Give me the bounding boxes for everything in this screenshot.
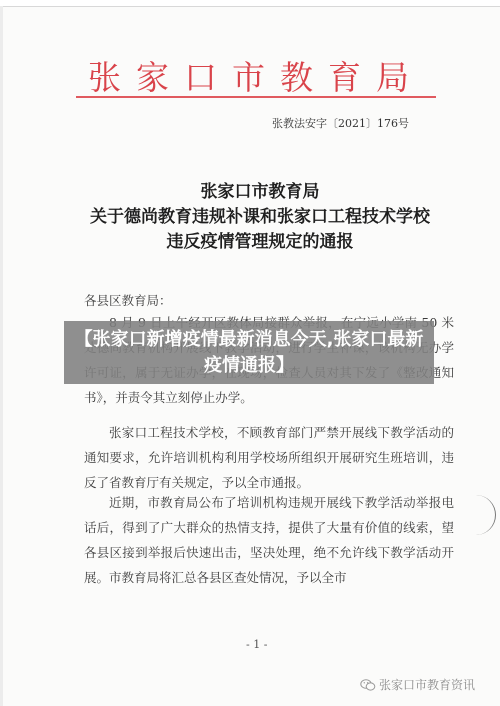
title-line: 张家口市教育局	[60, 180, 460, 205]
headline-text: 【张家口新增疫情最新消息今天,张家口最新疫情通报】	[64, 327, 434, 379]
letterhead-rule	[76, 96, 436, 98]
headline-overlay: 【张家口新增疫情最新消息今天,张家口最新疫情通报】	[64, 321, 434, 384]
paragraph: 张家口工程技术学校，不顾教育部门严禁开展线下教学活动的通知要求，允许培训机构利用…	[84, 420, 454, 495]
pen-mark	[475, 495, 496, 535]
title-line: 关于德尚教育违规补课和张家口工程技术学校	[60, 205, 460, 230]
letterhead-organization: 张家口市教育局	[76, 52, 436, 99]
document-title: 张家口市教育局 关于德尚教育违规补课和张家口工程技术学校 违反疫情管理规定的通报	[60, 180, 460, 255]
paragraph: 近期，市教育局公布了培训机构违规开展线下教学活动举报电话后，得到了广大群众的热情…	[84, 490, 454, 590]
document-number: 张教法安字〔2021〕176号	[272, 115, 409, 131]
page-number: - 1 -	[246, 638, 267, 651]
watermark-label: 张家口市教育资讯	[379, 676, 475, 693]
page-top-edge	[0, 0, 500, 7]
title-line: 违反疫情管理规定的通报	[60, 230, 460, 255]
wechat-icon	[360, 678, 376, 692]
watermark: 张家口市教育资讯	[360, 676, 475, 693]
page-left-edge	[0, 6, 3, 706]
